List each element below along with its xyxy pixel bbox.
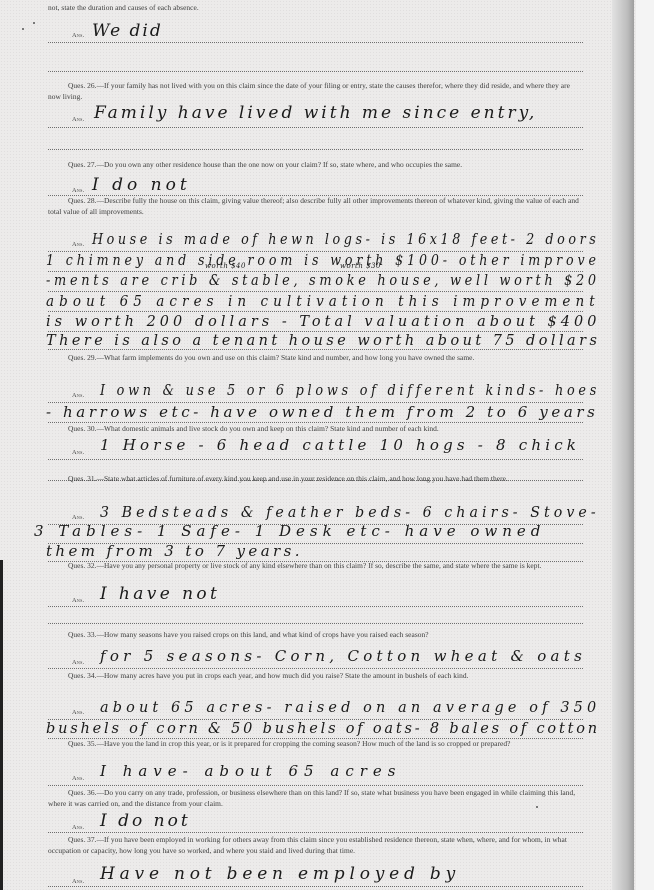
answer-line — [48, 42, 583, 43]
answer-33: for 5 seasons- Corn, Cotton wheat & oats — [100, 647, 586, 665]
scan-speck — [22, 28, 24, 30]
answer-line — [48, 311, 583, 312]
answer-34-line-1: about 65 acres- raised on an average of … — [100, 698, 600, 716]
answer-line — [48, 543, 583, 544]
answer-28-line-1: House is made of hewn logs- is 16x18 fee… — [92, 230, 599, 248]
interlinear-note: worth $30 — [340, 262, 381, 270]
answer-label: Ans. — [72, 709, 85, 716]
answer-label: Ans. — [72, 775, 85, 782]
answer-29-line-2: - harrows etc- have owned them from 2 to… — [46, 403, 598, 421]
answer-label: Ans. — [72, 659, 85, 666]
answer-line — [48, 127, 583, 128]
question-26: Ques. 26.—If your family has not lived w… — [48, 81, 583, 102]
answer-line — [48, 785, 583, 786]
answer-30: 1 Horse - 6 head cattle 10 hogs - 8 chic… — [100, 436, 580, 454]
answer-25: We did — [92, 21, 163, 41]
answer-line — [48, 291, 583, 292]
answer-label: Ans. — [72, 878, 85, 885]
answer-28-line-6: There is also a tenant house worth about… — [46, 331, 600, 349]
scan-speck — [536, 806, 538, 808]
question-27: Ques. 27.—Do you own any other residence… — [48, 160, 583, 171]
answer-27: I do not — [92, 175, 191, 195]
answer-line — [48, 71, 583, 72]
answer-26: Family have lived with me since entry, — [94, 103, 537, 123]
answer-31-line-1: 3 Bedsteads & feather beds- 6 chairs- St… — [100, 503, 600, 521]
question-30: Ques. 30.—What domestic animals and live… — [48, 424, 583, 435]
answer-29-line-1: I own & use 5 or 6 plows of different ki… — [100, 381, 600, 399]
question-29: Ques. 29.—What farm implements do you ow… — [48, 353, 583, 364]
answer-line — [48, 524, 583, 525]
answer-28-line-3: -ments are crib & stable, smoke house, w… — [46, 271, 600, 289]
answer-label: Ans. — [72, 449, 85, 456]
answer-28-line-5: is worth 200 dollars - Total valuation a… — [46, 312, 600, 330]
answer-label: Ans. — [72, 392, 85, 399]
answer-label: Ans. — [72, 116, 85, 123]
question-31: Ques. 31.—State what articles of furnitu… — [48, 474, 583, 485]
answer-line — [48, 623, 583, 624]
answer-label: Ans. — [72, 597, 85, 604]
answer-line — [48, 668, 583, 669]
answer-37: Have not been employed by — [100, 864, 460, 884]
answer-28-line-2: 1 chimney and side room is worth $100- o… — [46, 251, 600, 269]
form-page: not, state the duration and causes of ea… — [0, 0, 638, 890]
question-36: Ques. 36.—Do you carry on any trade, pro… — [48, 788, 583, 809]
answer-label: Ans. — [72, 824, 85, 831]
answer-label: Ans. — [72, 187, 85, 194]
page-edge-shadow — [612, 0, 634, 890]
answer-line — [48, 606, 583, 607]
answer-line — [48, 459, 583, 460]
answer-line — [48, 886, 583, 887]
answer-line — [48, 271, 583, 272]
answer-line — [48, 422, 583, 423]
answer-label: Ans. — [72, 32, 85, 39]
interlinear-note: worth $40 — [205, 262, 246, 270]
answer-31-line-3: them from 3 to 7 years. — [46, 542, 303, 560]
answer-35: I have- about 65 acres — [100, 762, 401, 780]
question-35: Ques. 35.—Have you the land in crop this… — [48, 739, 583, 750]
scan-speck — [33, 22, 35, 24]
answer-34-line-2: bushels of corn & 50 bushels of oats- 8 … — [46, 719, 600, 737]
answer-label: Ans. — [72, 241, 85, 248]
question-37: Ques. 37.—If you have been employed in w… — [48, 835, 583, 856]
scan-border — [0, 560, 3, 890]
question-33: Ques. 33.—How many seasons have you rais… — [48, 630, 583, 641]
answer-line — [48, 832, 583, 833]
answer-line — [48, 719, 583, 720]
answer-line — [48, 349, 583, 350]
answer-36: I do not — [100, 811, 191, 831]
answer-line — [48, 331, 583, 332]
answer-line — [48, 149, 583, 150]
answer-line — [48, 402, 583, 403]
answer-line — [48, 251, 583, 252]
question-34: Ques. 34.—How many acres have you put in… — [48, 671, 583, 682]
answer-28-line-4: about 65 acres in cultivation this impro… — [46, 292, 600, 310]
question-28: Ques. 28.—Describe fully the house on th… — [48, 196, 583, 217]
answer-label: Ans. — [72, 514, 85, 521]
answer-32: I have not — [100, 584, 220, 604]
question-32: Ques. 32.—Have you any personal property… — [48, 561, 583, 572]
question-25-tail: not, state the duration and causes of ea… — [48, 3, 583, 14]
scan-margin — [636, 0, 654, 890]
